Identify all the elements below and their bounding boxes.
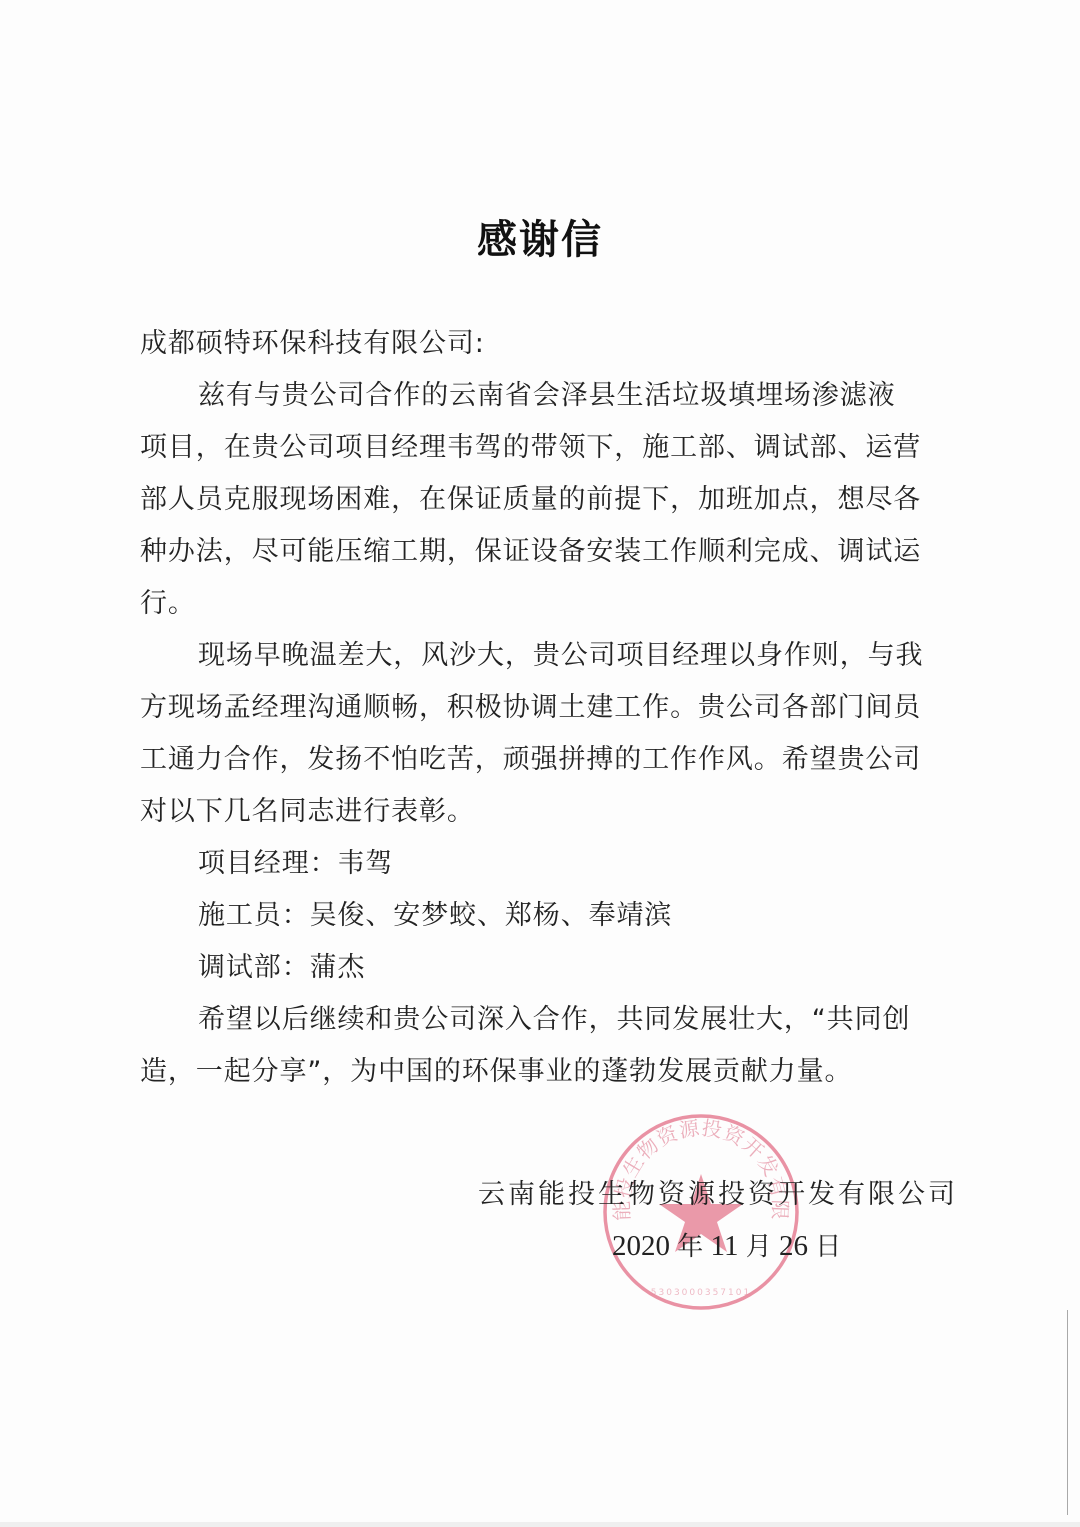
commendation-list: 项目经理：韦驾 施工员：吴俊、安梦蛟、郑杨、奉靖滨 调试部：蒲杰 (140, 838, 940, 994)
paragraph-line: 对以下几名同志进行表彰。 (140, 786, 940, 838)
signature-date: 2020 年 11 月 26 日 (612, 1226, 841, 1263)
date-year: 2020 (612, 1230, 670, 1262)
official-seal-icon: 云南能投生物资源投资开发有限公司 5303000357101 (601, 1112, 801, 1312)
paragraph-line: 造，一起分享”，为中国的环保事业的蓬勃发展贡献力量。 (140, 1046, 940, 1098)
svg-text:5303000357101: 5303000357101 (651, 1288, 751, 1298)
document-title: 感谢信 (0, 208, 1080, 265)
commendation-project-manager: 项目经理：韦驾 (140, 838, 940, 890)
paragraph-line: 希望以后继续和贵公司深入合作，共同发展壮大，“共同创 (140, 994, 940, 1046)
commendation-commissioning-dept: 调试部：蒲杰 (140, 942, 940, 994)
paragraph-2: 现场早晚温差大，风沙大，贵公司项目经理以身作则，与我 方现场孟经理沟通顺畅，积极… (140, 630, 940, 838)
paragraph-1: 兹有与贵公司合作的云南省会泽县生活垃圾填埋场渗滤液 项目，在贵公司项目经理韦驾的… (140, 370, 940, 630)
date-month: 11 (711, 1230, 739, 1262)
commendation-construction-staff: 施工员：吴俊、安梦蛟、郑杨、奉靖滨 (140, 890, 940, 942)
paragraph-line: 方现场孟经理沟通顺畅，积极协调土建工作。贵公司各部门间员 (140, 682, 940, 734)
paragraph-line: 种办法，尽可能压缩工期，保证设备安装工作顺利完成、调试运 (140, 526, 940, 578)
letter-page: 感谢信 成都硕特环保科技有限公司: 兹有与贵公司合作的云南省会泽县生活垃圾填埋场… (0, 0, 1080, 1527)
date-day: 26 (779, 1230, 808, 1262)
salutation: 成都硕特环保科技有限公司: (140, 318, 940, 370)
signature-company: 云南能投生物资源投资开发有限公司 (478, 1172, 958, 1211)
date-day-unit: 日 (815, 1232, 841, 1262)
date-year-unit: 年 (677, 1232, 703, 1262)
paragraph-line: 现场早晚温差大，风沙大，贵公司项目经理以身作则，与我 (140, 630, 940, 682)
paragraph-line: 工通力合作，发扬不怕吃苦，顽强拼搏的工作作风。希望贵公司 (140, 734, 940, 786)
scan-bottom-edge (0, 1522, 1080, 1527)
scan-edge-line (1067, 1310, 1068, 1515)
date-month-unit: 月 (746, 1232, 772, 1262)
closing-paragraph: 希望以后继续和贵公司深入合作，共同发展壮大，“共同创 造，一起分享”，为中国的环… (140, 994, 940, 1098)
paragraph-line: 部人员克服现场困难，在保证质量的前提下，加班加点，想尽各 (140, 474, 940, 526)
paragraph-line: 兹有与贵公司合作的云南省会泽县生活垃圾填埋场渗滤液 (140, 370, 940, 422)
paragraph-line: 行。 (140, 578, 940, 630)
paragraph-line: 项目，在贵公司项目经理韦驾的带领下，施工部、调试部、运营 (140, 422, 940, 474)
letter-body: 成都硕特环保科技有限公司: 兹有与贵公司合作的云南省会泽县生活垃圾填埋场渗滤液 … (140, 318, 940, 1098)
